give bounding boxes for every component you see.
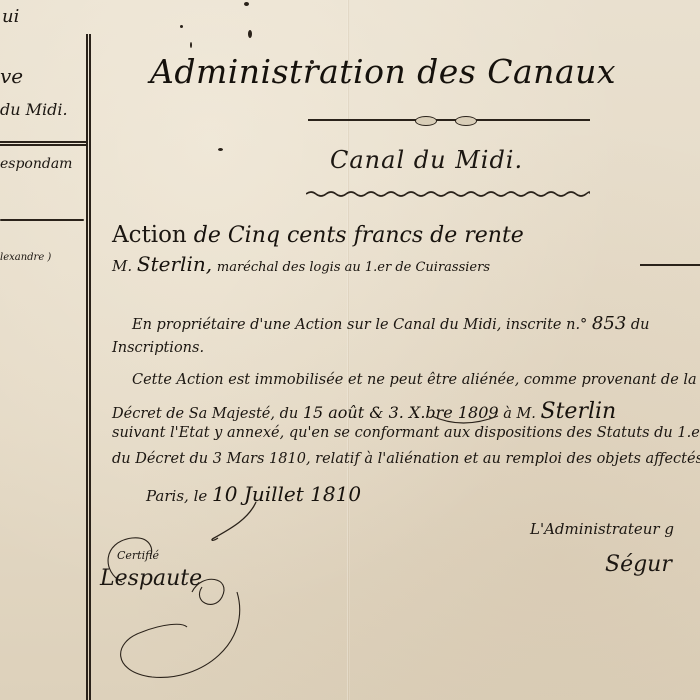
- document-subtitle: Canal du Midi.: [330, 146, 523, 174]
- ink-speck: [218, 148, 223, 151]
- action-label: Action: [112, 222, 187, 248]
- stub-text-fragment: ui: [2, 6, 19, 27]
- holder-name-handwritten: Sterlin,: [137, 252, 212, 276]
- body-text: Décret de Sa Majesté, du: [112, 406, 298, 422]
- stub-canal-label: du Midi.: [0, 100, 68, 119]
- certifier-signature: Lespaute: [100, 566, 202, 591]
- ink-speck: [248, 30, 252, 38]
- holder-prefix: M.: [112, 257, 132, 275]
- stub-correspondant-label: espondam: [0, 156, 72, 172]
- share-holder: M. Sterlin, maréchal des logis au 1.er d…: [112, 252, 490, 276]
- stub-divider-bottom: [0, 219, 84, 221]
- body-line-statutes: suivant l'Etat y annexé, qu'en se confor…: [112, 425, 700, 441]
- handwritten-tail-rule: [640, 264, 700, 266]
- ornament-icon: [455, 116, 477, 126]
- body-line-ownership: En propriétaire d'une Action sur le Cana…: [132, 313, 650, 334]
- share-description: Action de Cinq cents francs de rente: [112, 222, 524, 248]
- body-text: En propriétaire d'une Action sur le Cana…: [132, 317, 587, 333]
- ornament-icon: [415, 116, 437, 126]
- body-text: à M.: [503, 406, 536, 422]
- administrator-label: L'Administrateur g: [530, 520, 674, 538]
- ink-speck: [180, 25, 183, 28]
- share-amount-handwritten: de Cinq cents francs de rente: [194, 223, 524, 248]
- certified-label: Certifié: [117, 549, 159, 562]
- body-text: du: [631, 317, 650, 333]
- ink-speck: [244, 2, 249, 6]
- administrator-signature: Ségur: [605, 552, 672, 577]
- stub-divider-top: [0, 141, 86, 143]
- body-line-inscriptions: Inscriptions.: [112, 340, 204, 356]
- body-line-decree: Décret de Sa Majesté, du 15 août & 3. X.…: [112, 399, 616, 424]
- inscription-number-handwritten: 853: [592, 313, 626, 334]
- body-line-immobilisation: Cette Action est immobilisée et ne peut …: [132, 372, 700, 388]
- ink-speck: [190, 42, 192, 48]
- document-title: Administration des Canaux: [150, 52, 616, 91]
- date-place-label: Paris, le: [146, 487, 207, 505]
- stub-holder-name: lexandre ): [0, 252, 51, 263]
- ornamental-rule: [308, 119, 590, 121]
- certifier-flourish: [92, 532, 252, 692]
- stub-border-vertical: [86, 34, 88, 700]
- wavy-rule: [306, 190, 590, 198]
- stub-text-fragment: ve: [0, 64, 23, 88]
- holder-rank-handwritten: maréchal des logis au 1.er de Cuirassier…: [217, 260, 490, 275]
- beneficiary-name-handwritten: Sterlin: [541, 399, 617, 424]
- paper-fold-crease: [347, 0, 350, 700]
- body-line-decree-1810: du Décret du 3 Mars 1810, relatif à l'al…: [112, 451, 700, 467]
